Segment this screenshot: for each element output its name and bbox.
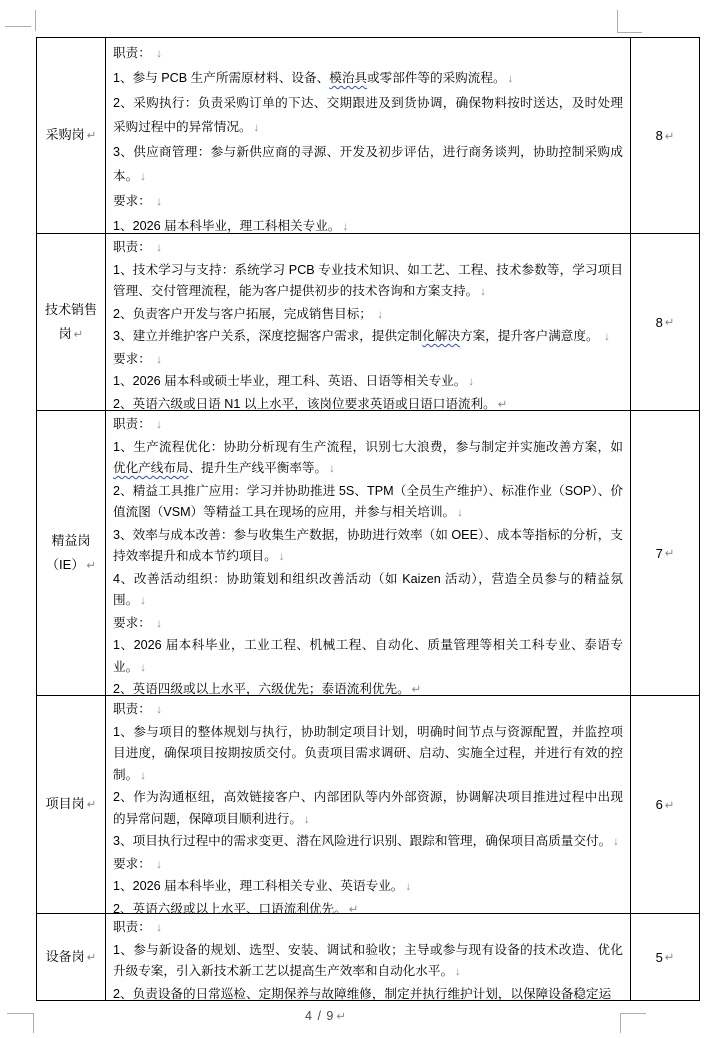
- description-paragraph: 1、参与 PCB 生产所需原材料、设备、模治具或零部件等的采购流程。↓: [113, 66, 623, 91]
- text-run: 要求：: [113, 616, 154, 630]
- headcount-value: 6: [656, 797, 663, 812]
- position-name-line: 项目岗↵: [46, 792, 97, 817]
- line-break-mark-icon: ↓: [154, 242, 162, 254]
- text-run: 2、英语六级或日语 N1 以上水平，: [113, 397, 307, 411]
- cell-end-mark-icon: ↵: [85, 130, 97, 142]
- line-break-mark-icon: ↓: [154, 704, 162, 716]
- crop-mark-bottom-left-v: [33, 1013, 34, 1033]
- cell-end-mark-icon: ↵: [663, 950, 675, 964]
- description-paragraph: 1、2026 届本科或硕士毕业，理工科、英语、日语等相关专业。↓: [113, 371, 623, 394]
- crop-mark-top-right-v: [617, 10, 618, 33]
- description-paragraph: 2、作为沟通枢纽，高效链接客户、内部团队等内外部资源，协调解决项目推进过程中出现…: [113, 787, 623, 831]
- position-name: 精益岗（IE）↵: [46, 529, 96, 578]
- line-break-mark-icon: ↓: [154, 922, 162, 934]
- spellcheck-squiggle: 模治具: [329, 71, 367, 85]
- line-break-mark-icon: ↓: [138, 171, 146, 183]
- text-run: 要求：: [113, 194, 154, 208]
- line-break-mark-icon: ↓: [403, 881, 411, 893]
- headcount-cell: 7↵: [630, 411, 699, 695]
- line-break-mark-icon: ↓: [154, 618, 162, 630]
- cell-end-mark-icon: ↵: [496, 399, 508, 411]
- crop-mark-bottom-right-v: [620, 1013, 621, 1033]
- position-name-cell: 项目岗↵: [37, 696, 106, 913]
- line-break-mark-icon: ↓: [478, 286, 486, 298]
- cell-end-mark-icon: ↵: [663, 129, 675, 143]
- line-break-mark-icon: ↓: [277, 551, 285, 563]
- line-break-mark-icon: ↓: [375, 309, 383, 321]
- job-table: 采购岗↵职责： ↓1、参与 PCB 生产所需原材料、设备、模治具或零部件等的采购…: [36, 37, 700, 1001]
- cell-end-mark-icon: ↵: [84, 560, 96, 572]
- position-name-line: 设备岗↵: [46, 945, 97, 970]
- text-run: 2、英语六级或以上水平、口语流利优先。: [113, 902, 347, 914]
- text-run: 1、2026 届本科毕业，理工科相关专业。: [113, 219, 340, 233]
- description-cell: 职责： ↓1、技术学习与支持：系统学习 PCB 专业技术知识、如工艺、工程、技术…: [106, 234, 630, 410]
- cell-end-mark-icon: ↵: [663, 546, 675, 560]
- text-run: 1、技术学习与支持：系统学习 PCB 专业技术知识、如工艺、工程、技术参数等，学…: [113, 263, 623, 299]
- cell-end-mark-icon: ↵: [410, 684, 422, 695]
- line-break-mark-icon: ↓: [154, 48, 162, 60]
- text-run: 1、参与 PCB 生产所需原材料、设备、: [113, 71, 329, 85]
- footer: 4 / 9↵: [35, 1009, 617, 1023]
- description-paragraph: 2、英语六级或以上水平、口语流利优先。↵: [113, 899, 623, 914]
- description-paragraph: 1、技术学习与支持：系统学习 PCB 专业技术知识、如工艺、工程、技术参数等，学…: [113, 260, 623, 304]
- cell-end-mark-icon: ↵: [85, 952, 97, 964]
- text-run: 2、作为沟通枢纽，高效链接客户、内部团队等内外部资源，协调解决项目推进过程中出现…: [113, 790, 623, 826]
- cell-end-mark-icon: ↵: [663, 798, 675, 812]
- description-paragraph: 2、英语六级或日语 N1 以上水平，该岗位要求英语或日语口语流利。↵: [113, 394, 623, 411]
- table-row: 技术销售岗↵职责： ↓1、技术学习与支持：系统学习 PCB 专业技术知识、如工艺…: [37, 234, 699, 411]
- description-paragraph: 要求： ↓: [113, 349, 623, 372]
- table-row: 项目岗↵职责： ↓1、参与项目的整体规划与执行，协助制定项目计划，明确时间节点与…: [37, 696, 699, 914]
- position-name-cell: 设备岗↵: [37, 914, 106, 1000]
- description-paragraph: 要求： ↓: [113, 189, 623, 214]
- line-break-mark-icon: ↓: [154, 196, 162, 208]
- text-run: 3、建立并维护客户关系，深度挖掘客户需求，提供定制: [113, 329, 422, 343]
- text-run: 职责：: [113, 46, 154, 60]
- table-row: 采购岗↵职责： ↓1、参与 PCB 生产所需原材料、设备、模治具或零部件等的采购…: [37, 38, 699, 234]
- headcount-cell: 5↵: [630, 914, 699, 1000]
- spellcheck-squiggle: 化解决: [422, 329, 460, 343]
- line-break-mark-icon: ↓: [154, 859, 162, 871]
- position-name-line: 精益岗: [46, 529, 96, 553]
- description-paragraph: 1、2026 届本科毕业，理工科相关专业、英语专业。↓: [113, 876, 623, 899]
- text-run: 4、改善活动组织：协助策划和组织改善活动（如 Kaizen 活动），营造全员参与…: [113, 572, 623, 608]
- crop-mark-top-right-h: [617, 32, 642, 33]
- footer-page-number: 4 / 9: [305, 1009, 334, 1023]
- spellcheck-squiggle: 优化产线布局: [113, 461, 189, 475]
- headcount-cell: 8↵: [630, 38, 699, 233]
- position-name: 项目岗↵: [46, 792, 97, 817]
- text-run: 3、效率与成本改善：参与收集生产数据，协助进行效率（如 OEE）、成本等指标的分…: [113, 528, 623, 564]
- text-run: 方案，提升客户满意度。: [460, 329, 602, 343]
- position-name: 采购岗↵: [46, 123, 97, 148]
- position-name: 技术销售岗↵: [45, 298, 97, 347]
- text-run: 、提升生产线平衡率等。: [189, 461, 328, 475]
- job-table-body: 采购岗↵职责： ↓1、参与 PCB 生产所需原材料、设备、模治具或零部件等的采购…: [37, 38, 699, 1001]
- text-run: 3、供应商管理：参与新供应商的寻源、开发及初步评估，进行商务谈判，协助控制采购成…: [113, 145, 623, 183]
- text-run: 职责：: [113, 920, 154, 934]
- crop-mark-top-left-h: [5, 26, 31, 27]
- text-run: 2、采购执行：负责采购订单的下达、交期跟进及到货协调，确保物料按时送达，及时处理…: [113, 96, 623, 134]
- description-cell: 职责： ↓1、参与 PCB 生产所需原材料、设备、模治具或零部件等的采购流程。↓…: [106, 38, 630, 233]
- text-run: 3、项目执行过程中的需求变更、潜在风险进行识别、跟踪和管理，确保项目高质量交付。: [113, 834, 611, 848]
- text-run: 2、负责客户开发与客户拓展，完成销售目标；: [113, 307, 375, 321]
- description-paragraph: 1、参与新设备的规划、选型、安装、调试和验收；主导或参与现有设备的技术改造、优化…: [113, 940, 623, 984]
- description-paragraph: 职责： ↓: [113, 237, 623, 260]
- description-paragraph: 3、建立并维护客户关系，深度挖掘客户需求，提供定制化解决方案，提升客户满意度。 …: [113, 326, 623, 349]
- line-break-mark-icon: ↓: [138, 662, 146, 674]
- line-break-mark-icon: ↓: [154, 419, 162, 431]
- description-paragraph: 职责： ↓: [113, 41, 623, 66]
- line-break-mark-icon: ↓: [611, 836, 619, 848]
- crop-mark-bottom-left-h: [7, 1013, 33, 1014]
- text-run: 要求英语或日语口语流利。: [345, 397, 496, 411]
- text-run: 要求：: [113, 352, 154, 366]
- description-paragraph: 1、参与项目的整体规划与执行，协助制定项目计划，明确时间节点与资源配置，并监控项…: [113, 722, 623, 788]
- description-paragraph: 3、供应商管理：参与新供应商的寻源、开发及初步评估，进行商务谈判，协助控制采购成…: [113, 140, 623, 189]
- text-run: 1、参与新设备的规划、选型、安装、调试和验收；主导或参与现有设备的技术改造、优化…: [113, 943, 623, 979]
- line-break-mark-icon: ↓: [455, 507, 463, 519]
- headcount-value: 7: [656, 546, 663, 561]
- cell-end-mark-icon: ↵: [72, 329, 84, 341]
- line-break-mark-icon: ↓: [340, 221, 348, 233]
- position-name-line: 岗↵: [45, 322, 97, 347]
- position-name-line: 技术销售: [45, 298, 97, 322]
- text-run: 1、2026 届本科或硕士毕业，理工科、英语、日语等相关专业。: [113, 374, 466, 388]
- text-run: 要求：: [113, 857, 154, 871]
- headcount-value: 8: [656, 128, 663, 143]
- description-paragraph: 3、效率与成本改善：参与收集生产数据，协助进行效率（如 OEE）、成本等指标的分…: [113, 525, 623, 569]
- crop-mark-bottom-right-h: [620, 1013, 646, 1014]
- position-name: 设备岗↵: [46, 945, 97, 970]
- position-name-line: 采购岗↵: [46, 123, 97, 148]
- description-paragraph: 职责： ↓: [113, 699, 623, 722]
- text-run: 职责：: [113, 702, 154, 716]
- headcount-value: 8: [656, 315, 663, 330]
- position-name-cell: 技术销售岗↵: [37, 234, 106, 410]
- description-paragraph: 2、负责客户开发与客户拓展，完成销售目标； ↓: [113, 304, 623, 327]
- line-break-mark-icon: ↓: [466, 376, 474, 388]
- description-paragraph: 2、采购执行：负责采购订单的下达、交期跟进及到货协调，确保物料按时送达，及时处理…: [113, 91, 623, 140]
- description-paragraph: 1、2026 届本科毕业，理工科相关专业。↓: [113, 214, 623, 233]
- description-paragraph: 职责： ↓: [113, 917, 623, 940]
- document-page: 采购岗↵职责： ↓1、参与 PCB 生产所需原材料、设备、模治具或零部件等的采购…: [0, 0, 725, 1038]
- cell-end-mark-icon: ↵: [85, 799, 97, 811]
- description-paragraph: 2、负责设备的日常巡检、定期保养与故障维修，制定并执行维护计划，以保障设备稳定运: [113, 984, 623, 1001]
- table-row: 精益岗（IE）↵职责： ↓1、生产流程优化：协助分析现有生产流程，识别七大浪费，…: [37, 411, 699, 696]
- text-run: 1、2026 届本科毕业，工业工程、机械工程、自动化、质量管理等相关工科专业、泰…: [113, 638, 623, 674]
- text-run: 1、生产流程优化：协助分析现有生产流程，识别七大浪费，参与制定并实施改善方案，如: [113, 440, 623, 454]
- description-cell: 职责： ↓1、参与新设备的规划、选型、安装、调试和验收；主导或参与现有设备的技术…: [106, 914, 630, 1000]
- footer-pilcrow-icon: ↵: [334, 1011, 347, 1023]
- line-break-mark-icon: ↓: [453, 966, 461, 978]
- position-name-cell: 精益岗（IE）↵: [37, 411, 106, 695]
- text-run: 2、负责设备的日常巡检、定期保养与故障维修，制定并执行维护计划，以保障设备稳定运: [113, 987, 611, 1001]
- text-run: 1、2026 届本科毕业，理工科相关专业、英语专业。: [113, 879, 403, 893]
- description-paragraph: 3、项目执行过程中的需求变更、潜在风险进行识别、跟踪和管理，确保项目高质量交付。…: [113, 831, 623, 854]
- description-paragraph: 2、精益工具推广应用：学习并协助推进 5S、TPM（全员生产维护）、标准作业（S…: [113, 481, 623, 525]
- position-name-line: （IE）↵: [46, 553, 96, 578]
- spellcheck-squiggle: 该岗位: [307, 397, 345, 411]
- description-paragraph: 职责： ↓: [113, 414, 623, 437]
- description-paragraph: 1、生产流程优化：协助分析现有生产流程，识别七大浪费，参与制定并实施改善方案，如…: [113, 437, 623, 481]
- text-run: 1、参与项目的整体规划与执行，协助制定项目计划，明确时间节点与资源配置，并监控项…: [113, 725, 623, 782]
- headcount-value: 5: [656, 950, 663, 965]
- description-paragraph: 2、英语四级或以上水平，六级优先；泰语流利优先。↵: [113, 679, 623, 695]
- description-paragraph: 1、2026 届本科毕业，工业工程、机械工程、自动化、质量管理等相关工科专业、泰…: [113, 635, 623, 679]
- text-run: 职责：: [113, 417, 154, 431]
- line-break-mark-icon: ↓: [138, 770, 146, 782]
- crop-mark-top-left-v: [35, 10, 36, 31]
- line-break-mark-icon: ↓: [138, 595, 146, 607]
- headcount-cell: 6↵: [630, 696, 699, 913]
- line-break-mark-icon: ↓: [252, 122, 260, 134]
- table-row: 设备岗↵职责： ↓1、参与新设备的规划、选型、安装、调试和验收；主导或参与现有设…: [37, 914, 699, 1001]
- line-break-mark-icon: ↓: [506, 73, 514, 85]
- text-run: 2、精益工具推广应用：学习并协助推进 5S、TPM（全员生产维护）、标准作业（S…: [113, 484, 623, 520]
- line-break-mark-icon: ↓: [302, 814, 310, 826]
- line-break-mark-icon: ↓: [602, 331, 610, 343]
- description-paragraph: 4、改善活动组织：协助策划和组织改善活动（如 Kaizen 活动），营造全员参与…: [113, 569, 623, 613]
- text-run: 职责：: [113, 240, 154, 254]
- description-paragraph: 要求： ↓: [113, 854, 623, 877]
- text-run: 或零部件等的采购流程。: [367, 71, 506, 85]
- description-cell: 职责： ↓1、参与项目的整体规划与执行，协助制定项目计划，明确时间节点与资源配置…: [106, 696, 630, 913]
- text-run: 2、英语四级或以上水平，六级优先；泰语流利优先。: [113, 682, 410, 695]
- description-paragraph: 要求： ↓: [113, 613, 623, 636]
- line-break-mark-icon: ↓: [327, 463, 335, 475]
- position-name-cell: 采购岗↵: [37, 38, 106, 233]
- description-cell: 职责： ↓1、生产流程优化：协助分析现有生产流程，识别七大浪费，参与制定并实施改…: [106, 411, 630, 695]
- line-break-mark-icon: ↓: [154, 354, 162, 366]
- cell-end-mark-icon: ↵: [663, 315, 675, 329]
- cell-end-mark-icon: ↵: [347, 904, 359, 914]
- headcount-cell: 8↵: [630, 234, 699, 410]
